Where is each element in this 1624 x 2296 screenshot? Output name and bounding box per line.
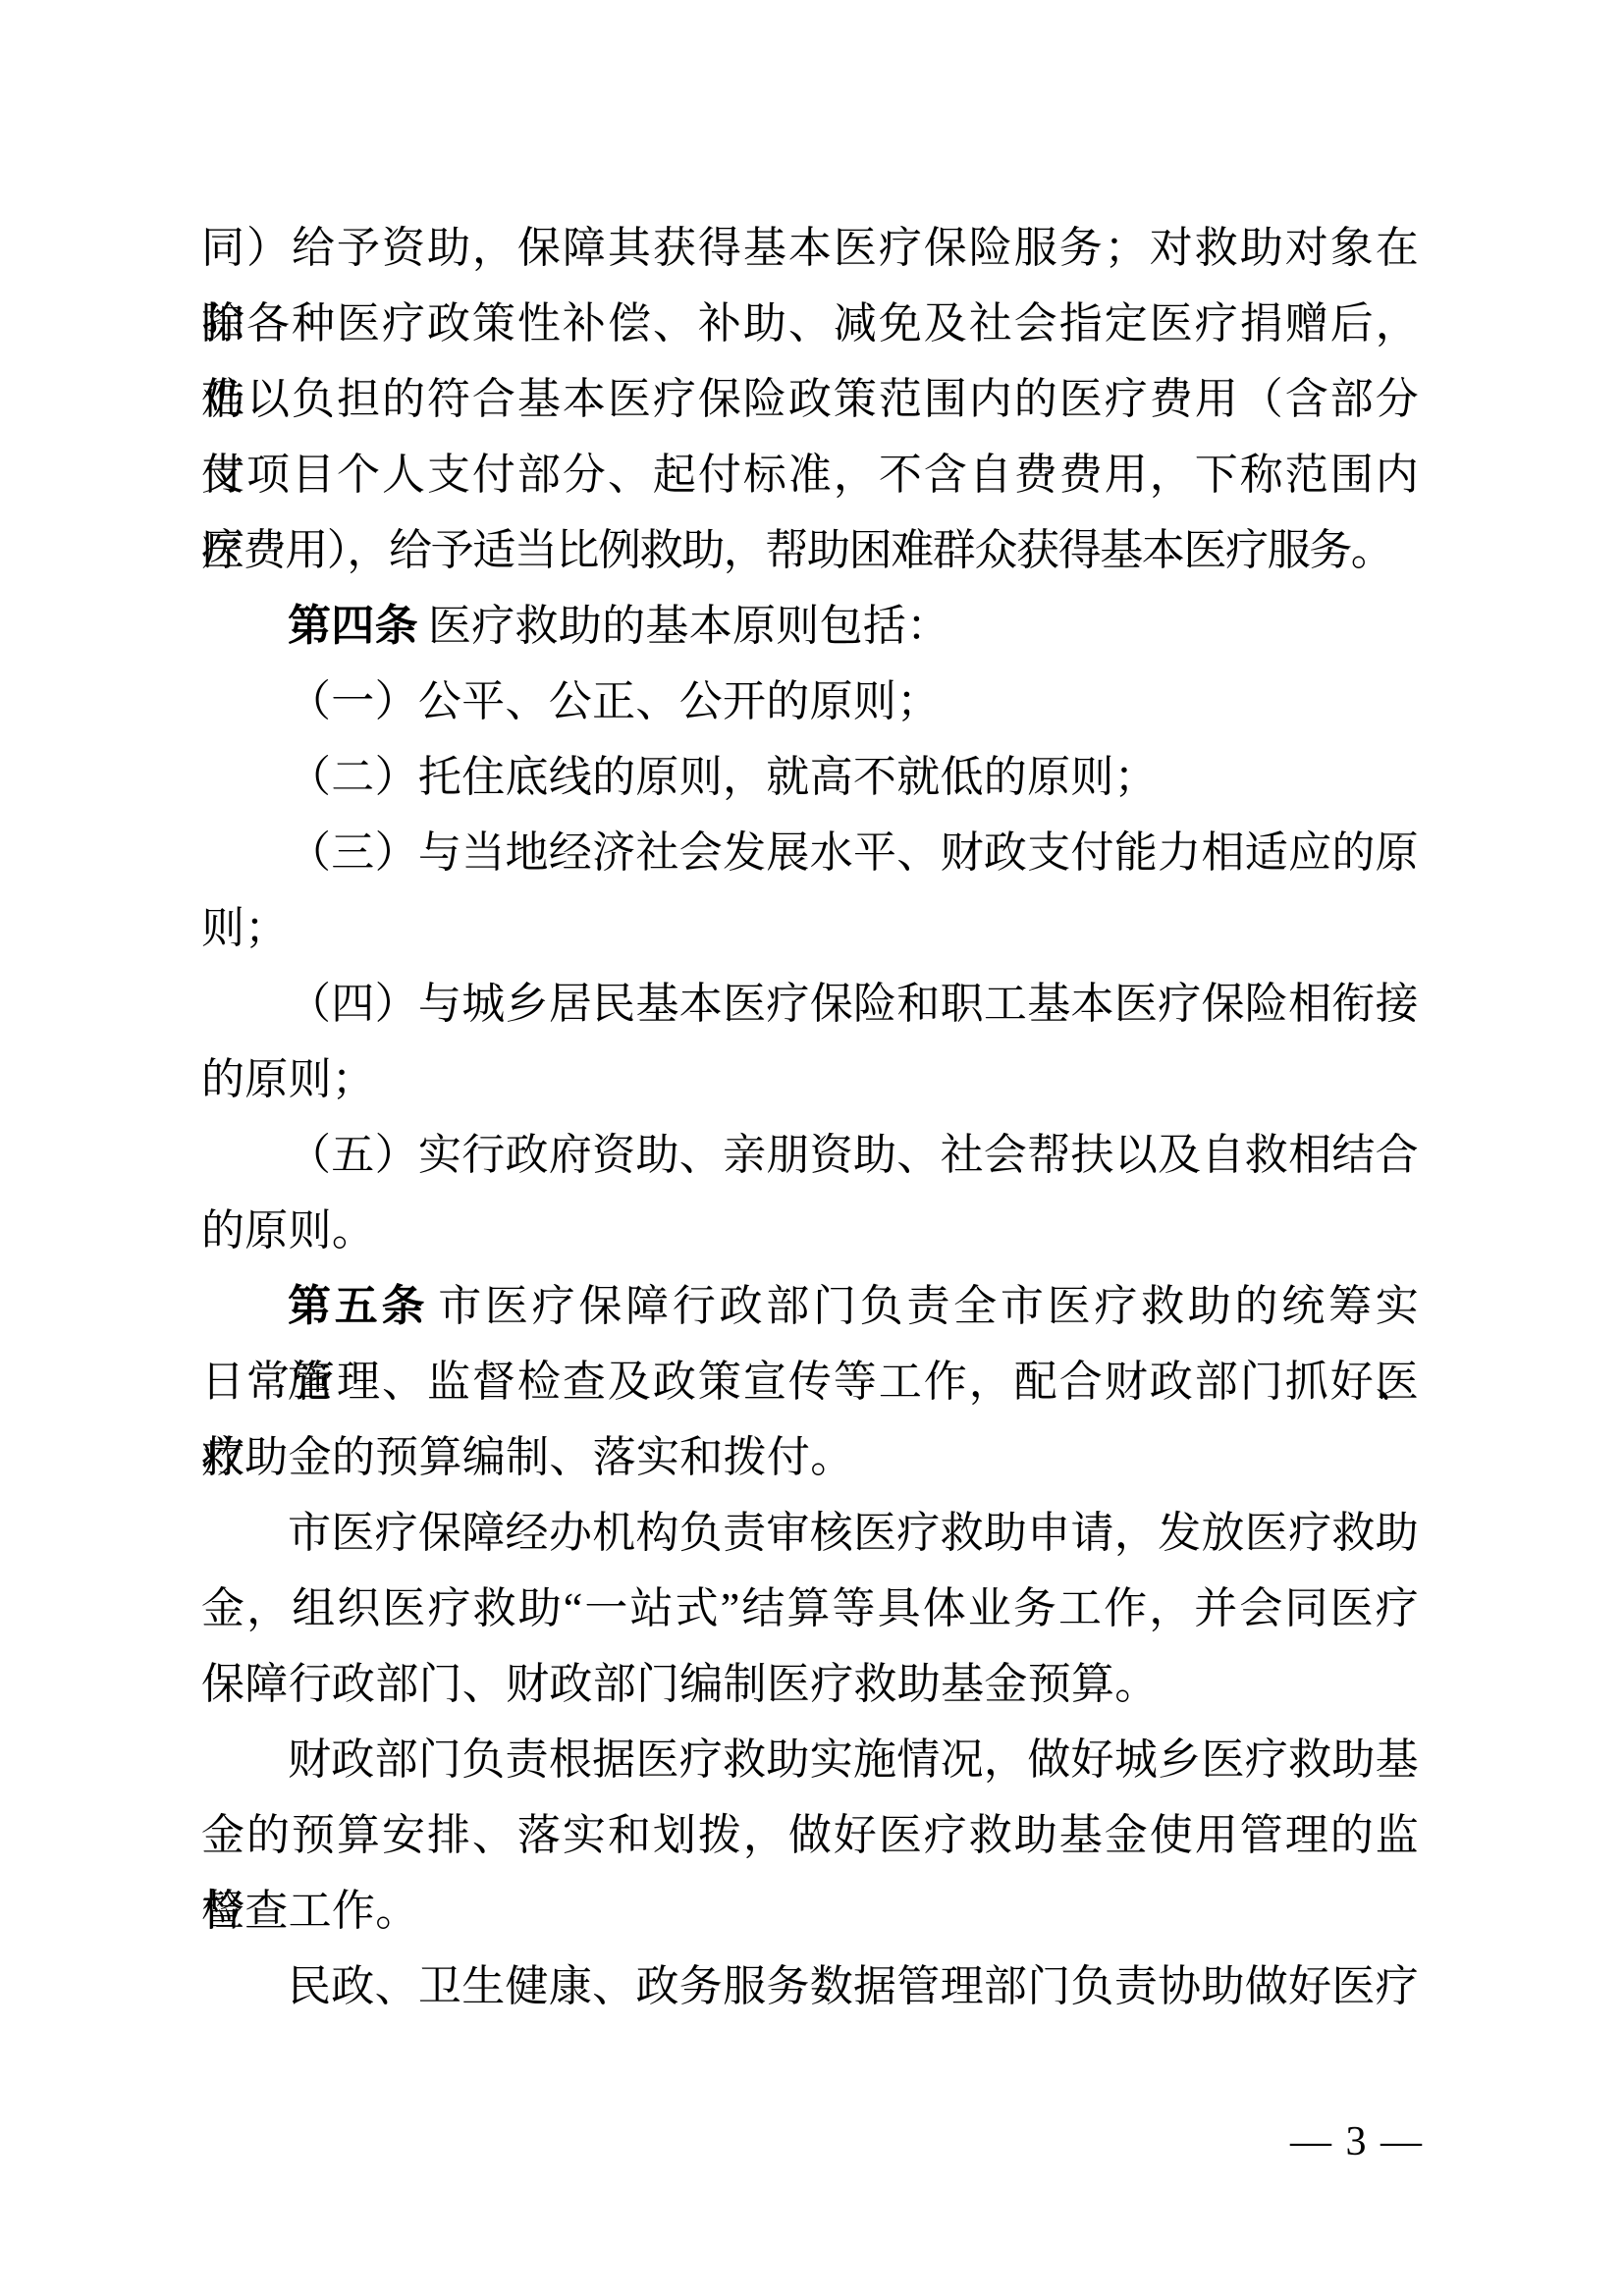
article-heading-text: 医疗救助的基本原则包括： — [428, 602, 950, 650]
article-number: 第五条 — [288, 1282, 428, 1330]
body-line: 日常管理、监督检查及政策宣传等工作，配合财政部门抓好医疗 — [201, 1344, 1419, 1419]
body-line: （三）与当地经济社会发展水平、财政支付能力相适应的原 — [201, 815, 1419, 890]
body-line: （二）托住底线的原则，就高不就低的原则； — [201, 739, 1419, 815]
body-line: 疗费用），给予适当比例救助，帮助困难群众获得基本医疗服务。 — [201, 512, 1419, 588]
article-heading-line: 第四条医疗救助的基本原则包括： — [201, 588, 1419, 664]
body-line: （四）与城乡居民基本医疗保险和职工基本医疗保险相衔接 — [201, 966, 1419, 1041]
document-body: 同）给予资助，保障其获得基本医疗保险服务；对救助对象在扣 除各种医疗政策性补偿、… — [201, 210, 1419, 2024]
article-number: 第四条 — [288, 602, 418, 650]
body-line: 检查工作。 — [201, 1873, 1419, 1949]
body-line: 市医疗保障经办机构负责审核医疗救助申请，发放医疗救助 — [201, 1495, 1419, 1571]
body-line: 难以负担的符合基本医疗保险政策范围内的医疗费用（含部分支 — [201, 361, 1419, 437]
body-line: 则； — [201, 890, 1419, 966]
body-line: 付项目个人支付部分、起付标准，不含自费费用，下称范围内医 — [201, 437, 1419, 512]
document-page: 同）给予资助，保障其获得基本医疗保险服务；对救助对象在扣 除各种医疗政策性补偿、… — [0, 0, 1624, 2296]
body-line: （一）公平、公正、公开的原则； — [201, 664, 1419, 739]
body-line: 同）给予资助，保障其获得基本医疗保险服务；对救助对象在扣 — [201, 210, 1419, 286]
body-line: 民政、卫生健康、政务服务数据管理部门负责协助做好医疗 — [201, 1949, 1419, 2024]
body-line: 的原则。 — [201, 1193, 1419, 1268]
body-line: 保障行政部门、财政部门编制医疗救助基金预算。 — [201, 1646, 1419, 1722]
body-line: 金，组织医疗救助“一站式”结算等具体业务工作，并会同医疗 — [201, 1571, 1419, 1646]
body-line: 除各种医疗政策性补偿、补助、减免及社会指定医疗捐赠后，仍 — [201, 286, 1419, 361]
body-line: 金的预算安排、落实和划拨，做好医疗救助基金使用管理的监督 — [201, 1797, 1419, 1873]
body-line: （五）实行政府资助、亲朋资助、社会帮扶以及自救相结合 — [201, 1117, 1419, 1193]
article-heading-line: 第五条市医疗保障行政部门负责全市医疗救助的统筹实施、 — [201, 1268, 1419, 1344]
body-line: 救助金的预算编制、落实和拨付。 — [201, 1419, 1419, 1495]
page-number: — 3 — — [1290, 2112, 1424, 2171]
body-line: 的原则； — [201, 1041, 1419, 1117]
body-line: 财政部门负责根据医疗救助实施情况，做好城乡医疗救助基 — [201, 1722, 1419, 1797]
